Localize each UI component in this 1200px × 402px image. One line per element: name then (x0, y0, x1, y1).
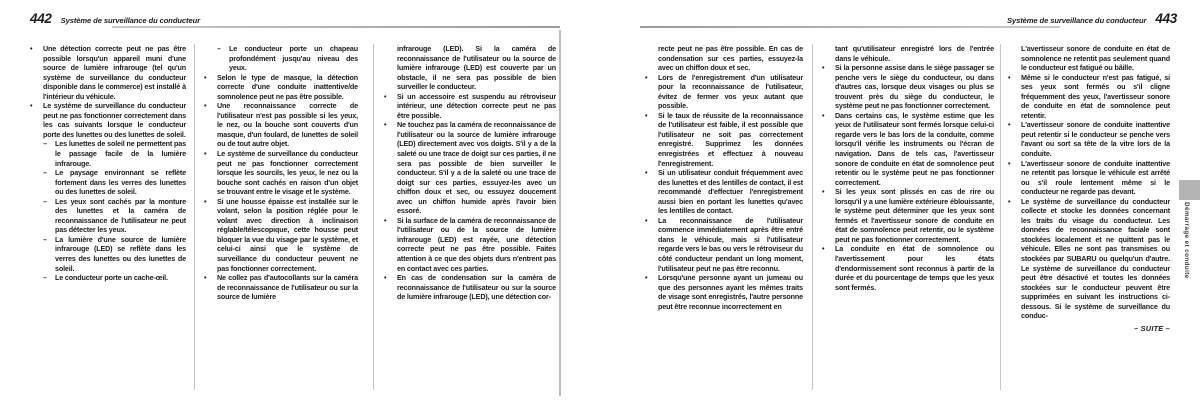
paragraph-text: La reconnaissance de l'utilisateur comme… (645, 216, 803, 273)
paragraph-text: Si un utilisateur conduit fréquemment av… (645, 168, 803, 216)
paragraph-text: Si un accessoire est suspendu au rétrovi… (384, 92, 556, 121)
chapter-tab (1179, 180, 1200, 200)
paragraph-text: Les lunettes de soleil ne permettent pas… (30, 139, 186, 168)
manual-page-spread: 442 Système de surveillance du conducteu… (0, 0, 1200, 402)
paragraph-text: Le système de surveillance du conducteur… (1008, 197, 1170, 321)
header-rule-right (640, 26, 1060, 28)
list-item: •La reconnaissance de l'utilisateur comm… (645, 216, 803, 273)
paragraph-text: Le système de surveillance du conducteur… (204, 149, 358, 197)
list-item: •Lorsqu'une personne ayant un jumeau ou … (645, 273, 803, 311)
bullet-marker: • (822, 63, 824, 73)
text-column-6: L'avertisseur sonore de conduite en état… (1008, 44, 1170, 333)
bullet-marker: • (822, 244, 824, 254)
bullet-marker: • (384, 216, 386, 226)
paragraph-text: Même si le conducteur n'est pas fatigué,… (1008, 73, 1170, 121)
list-item: •Selon le type de masque, la détection c… (204, 73, 358, 102)
paragraph-text: Dans certains cas, le système estime que… (822, 111, 994, 187)
list-item: •Le système de surveillance du conducteu… (30, 101, 186, 139)
bullet-marker: • (645, 73, 647, 83)
paragraph-text: Le paysage environnant se reflète fortem… (30, 168, 186, 197)
bullet-marker: • (1008, 120, 1010, 130)
list-item: •Dans certains cas, le système estime qu… (822, 111, 994, 187)
bullet-marker: • (204, 197, 206, 207)
paragraph-text: Le système de surveillance du conducteur… (30, 101, 186, 139)
paragraph-text: Selon le type de masque, la détection co… (204, 73, 358, 102)
paragraph-text: Ne collez pas d'autocollants sur la camé… (204, 273, 358, 302)
list-item: –Les yeux sont cachés par la monture des… (30, 197, 186, 235)
bullet-marker: • (384, 273, 386, 283)
page-gutter-line (559, 30, 561, 396)
paragraph-text: Le conducteur porte un cache-œil. (30, 273, 186, 283)
dash-marker: – (217, 44, 221, 54)
paragraph-text: Si une housse épaisse est installée sur … (204, 197, 358, 273)
list-item: •Une détection correcte peut ne pas être… (30, 44, 186, 101)
paragraph-text: L'avertisseur sonore de conduite inatten… (1008, 120, 1170, 158)
list-item: •Le système de surveillance du conducteu… (1008, 197, 1170, 321)
bullet-marker: • (822, 111, 824, 121)
bullet-marker: • (30, 101, 32, 111)
list-item: –Le conducteur porte un chapeau profondé… (204, 44, 358, 73)
paragraph-text: L'avertisseur sonore de conduite en état… (1008, 44, 1170, 73)
bullet-marker: • (30, 44, 32, 54)
list-item: •L'avertisseur sonore de conduite inatte… (1008, 159, 1170, 197)
paragraph-text: Lors de l'enregistrement d'un utilisateu… (645, 73, 803, 111)
list-item: •En cas de condensation sur la caméra de… (384, 273, 556, 302)
list-item: –Le conducteur porte un cache-œil. (30, 273, 186, 283)
page-number-right: 443 (1155, 11, 1177, 26)
paragraph-text: Le conducteur porte un chapeau profondém… (204, 44, 358, 73)
page-header-left: 442 Système de surveillance du conducteu… (30, 11, 200, 26)
list-item: •Si un utilisateur conduit fréquemment a… (645, 168, 803, 216)
list-item: •La conduite en état de somnolence ou l'… (822, 244, 994, 292)
paragraph-text: La conduite en état de somnolence ou l'a… (822, 244, 994, 292)
list-item: •Si la personne assise dans le siège pas… (822, 63, 994, 111)
list-item: infrarouge (LED). Si la caméra de reconn… (384, 44, 556, 92)
list-item: •Même si le conducteur n'est pas fatigué… (1008, 73, 1170, 121)
paragraph-text: Une reconnaissance correcte de l'utilisa… (204, 101, 358, 149)
bullet-marker: • (1008, 197, 1010, 207)
bullet-marker: • (1008, 159, 1010, 169)
page-number-left: 442 (30, 11, 52, 26)
list-item: •L'avertisseur sonore de conduite inatte… (1008, 120, 1170, 158)
list-item: •Ne collez pas d'autocollants sur la cam… (204, 273, 358, 302)
bullet-marker: • (204, 73, 206, 83)
list-item: •Ne touchez pas la caméra de reconnaissa… (384, 120, 556, 215)
bullet-marker: • (384, 120, 386, 130)
paragraph-text: La lumière d'une source de lumière infra… (30, 235, 186, 273)
list-item: –Le paysage environnant se reflète forte… (30, 168, 186, 197)
list-item: •Si le taux de réussite de la reconnaiss… (645, 111, 803, 168)
list-item: L'avertisseur sonore de conduite en état… (1008, 44, 1170, 73)
bullet-marker: • (1008, 73, 1010, 83)
page-title-right: Système de surveillance du conducteur (1007, 16, 1146, 25)
list-item: •Si un accessoire est suspendu au rétrov… (384, 92, 556, 121)
paragraph-text: Les yeux sont cachés par la monture des … (30, 197, 186, 235)
text-column-4: recte peut ne pas être possible. En cas … (645, 44, 803, 311)
continuation-marker: – SUITE – (1008, 324, 1170, 334)
paragraph-text: Une détection correcte peut ne pas être … (30, 44, 186, 101)
chapter-tab-label: Démarrage et conduite (1183, 202, 1190, 279)
dash-marker: – (43, 168, 47, 178)
bullet-marker: • (204, 101, 206, 111)
paragraph-text: En cas de condensation sur la caméra de … (384, 273, 556, 302)
text-column-2: –Le conducteur porte un chapeau profondé… (204, 44, 358, 302)
text-column-1: •Une détection correcte peut ne pas être… (30, 44, 186, 283)
bullet-marker: • (645, 168, 647, 178)
paragraph-text: Ne touchez pas la caméra de reconnaissan… (384, 120, 556, 215)
bullet-marker: • (204, 149, 206, 159)
list-item: •Une reconnaissance correcte de l'utilis… (204, 101, 358, 149)
bullet-marker: • (204, 273, 206, 283)
list-item: tant qu'utilisateur enregistré lors de l… (822, 44, 994, 63)
page-title-left: Système de surveillance du conducteur (61, 16, 200, 25)
column-divider (373, 44, 374, 390)
list-item: •Lors de l'enregistrement d'un utilisate… (645, 73, 803, 111)
list-item: •Si la surface de la caméra de reconnais… (384, 216, 556, 273)
column-divider (812, 44, 813, 390)
list-item: recte peut ne pas être possible. En cas … (645, 44, 803, 73)
page-header-right: Système de surveillance du conducteur 44… (1007, 11, 1177, 26)
paragraph-text: infrarouge (LED). Si la caméra de reconn… (384, 44, 556, 92)
paragraph-text: recte peut ne pas être possible. En cas … (645, 44, 803, 73)
bullet-marker: • (645, 273, 647, 283)
paragraph-text: Si la surface de la caméra de reconnaiss… (384, 216, 556, 273)
bullet-marker: • (822, 187, 824, 197)
bullet-marker: • (384, 92, 386, 102)
bullet-marker: • (645, 111, 647, 121)
paragraph-text: Lorsqu'une personne ayant un jumeau ou q… (645, 273, 803, 311)
bullet-marker: • (645, 216, 647, 226)
text-column-3: infrarouge (LED). Si la caméra de reconn… (384, 44, 556, 302)
column-divider (194, 44, 195, 390)
paragraph-text: Si la personne assise dans le siège pass… (822, 63, 994, 111)
text-column-5: tant qu'utilisateur enregistré lors de l… (822, 44, 994, 292)
dash-marker: – (43, 273, 47, 283)
paragraph-text: tant qu'utilisateur enregistré lors de l… (822, 44, 994, 63)
header-rule-left (112, 26, 560, 28)
paragraph-text: L'avertisseur sonore de conduite inatten… (1008, 159, 1170, 197)
list-item: •Si une housse épaisse est installée sur… (204, 197, 358, 273)
paragraph-text: Si le taux de réussite de la reconnaissa… (645, 111, 803, 168)
dash-marker: – (43, 197, 47, 207)
list-item: •Le système de surveillance du conducteu… (204, 149, 358, 197)
list-item: •Si les yeux sont plissés en cas de rire… (822, 187, 994, 244)
list-item: –La lumière d'une source de lumière infr… (30, 235, 186, 273)
list-item: –Les lunettes de soleil ne permettent pa… (30, 139, 186, 168)
dash-marker: – (43, 139, 47, 149)
paragraph-text: Si les yeux sont plissés en cas de rire … (822, 187, 994, 244)
column-divider (1000, 44, 1001, 390)
dash-marker: – (43, 235, 47, 245)
